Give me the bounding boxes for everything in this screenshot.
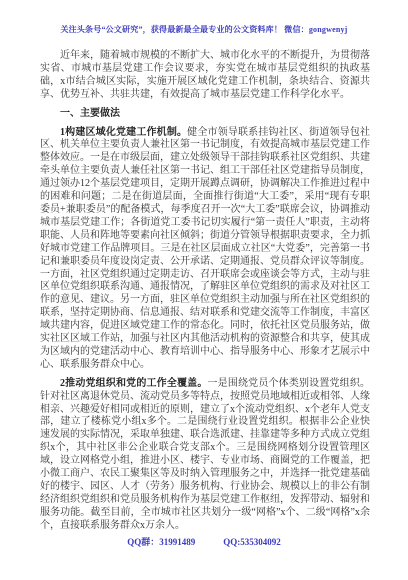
item-1-body: 健全市领导联系挂钩社区、街道领导包社区、机关单位主要负责人兼社区第一书记制度，有… xyxy=(40,127,370,370)
item-1-lead: 1构建区域化党建工作机制。 xyxy=(60,127,187,138)
footer-qq: QQ:535304092 xyxy=(223,537,281,547)
document-body: 近年来，随着城市规模的不断扩大、城市化水平的不断提升，为贯彻落实省、市城市基层党… xyxy=(40,50,370,533)
item-2-lead: 2推动党组织和党的工作全覆盖。 xyxy=(60,378,208,389)
footer-qq-group: QQ群：31991489 xyxy=(127,537,195,547)
section-heading-1: 一、主要做法 xyxy=(40,108,370,121)
item-paragraph-1: 1构建区域化党建工作机制。健全市领导联系挂钩社区、街道领导包社区、机关单位主要负… xyxy=(40,127,370,372)
intro-paragraph: 近年来，随着城市规模的不断扩大、城市化水平的不断提升，为贯彻落实省、市城市基层党… xyxy=(40,50,370,102)
item-2-body: 一是围绕党员个体类别设置党组织。针对社区离退休党员、流动党员多等特点，按照党员地… xyxy=(40,378,370,531)
footer-contact-note: QQ群：31991489QQ:535304092 xyxy=(0,535,408,548)
item-paragraph-2: 2推动党组织和党的工作全覆盖。一是围绕党员个体类别设置党组织。针对社区离退休党员… xyxy=(40,378,370,533)
header-promo-note: 关注头条号“公文研究”，获得最新最全最专业的公文资料库！ 微信：gongweny… xyxy=(0,24,408,35)
document-page: 关注头条号“公文研究”，获得最新最全最专业的公文资料库！ 微信：gongweny… xyxy=(0,0,408,580)
